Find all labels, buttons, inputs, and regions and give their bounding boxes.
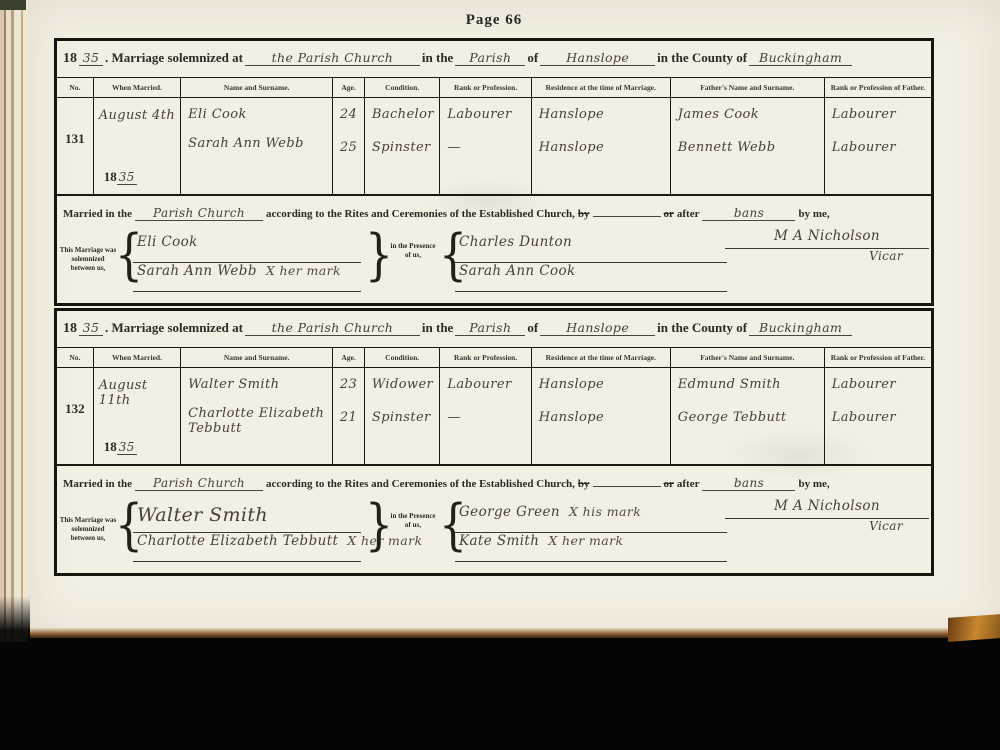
bride-name: Charlotte Elizabeth Tebbutt (188, 406, 329, 436)
in-the-label: in the (422, 320, 453, 336)
bride-residence: Hanslope (539, 410, 667, 425)
column-headers: No. When Married. Name and Surname. Age.… (57, 348, 931, 368)
county-name: Buckingham (749, 50, 852, 66)
county-label: in the County of (657, 320, 747, 336)
groom-father-rank: Labourer (832, 377, 928, 392)
officiant-title: Vicar (725, 249, 929, 263)
page-number: Page 66 (54, 12, 934, 29)
married-in-place: Parish Church (135, 206, 263, 221)
officiant-block: M A Nicholson Vicar (725, 228, 929, 263)
record-header: 18 35 . Marriage solemnized at the Paris… (57, 311, 931, 348)
solemnized-label: . Marriage solemnized at (105, 50, 243, 66)
bride-father: George Tebbutt (678, 410, 821, 425)
solemnized-place: the Parish Church (245, 50, 420, 66)
by-blank (593, 486, 661, 487)
bride-signature-line: Sarah Ann WebbX her mark (133, 263, 361, 292)
bride-condition: Spinster (372, 140, 436, 155)
witness2-signature-line: Kate SmithX her mark (455, 533, 727, 562)
col-condition: Condition. (365, 348, 440, 367)
groom-residence: Hanslope (539, 107, 667, 122)
book-gold-corner (948, 614, 1000, 642)
year-printed: 18 (63, 321, 77, 337)
col-rank: Rank or Profession. (440, 348, 531, 367)
col-no: No. (57, 348, 94, 367)
bride-residence: Hanslope (539, 140, 667, 155)
county-label: in the County of (657, 50, 747, 66)
groom-father: James Cook (678, 107, 821, 122)
bride-condition: Spinster (372, 410, 436, 425)
groom-father-rank: Labourer (832, 107, 928, 122)
marriage-year: 1835 (104, 169, 137, 185)
according-label: according to the Rites and Ceremonies of… (266, 478, 575, 490)
record-header: 18 35 . Marriage solemnized at the Paris… (57, 41, 931, 78)
signature-area: This Marriage was solemnized between us,… (57, 230, 931, 302)
groom-residence: Hanslope (539, 377, 667, 392)
rank-cell: Labourer — (440, 98, 531, 194)
witness1-signature-line: Charles Dunton (455, 234, 727, 263)
groom-father: Edmund Smith (678, 377, 821, 392)
col-condition: Condition. (365, 78, 440, 97)
bride-father-rank: Labourer (832, 410, 928, 425)
parish-name: Hanslope (540, 320, 655, 336)
after-word: after (677, 208, 700, 220)
groom-age: 24 (333, 107, 364, 122)
table-row: 131 August 4th 1835 Eli Cook Sarah Ann W… (57, 98, 931, 196)
marriage-date: August 4th (99, 108, 178, 123)
condition-cell: Widower Spinster (365, 368, 440, 464)
bride-father: Bennett Webb (678, 140, 821, 155)
record-number: 132 (57, 368, 94, 464)
by-blank (593, 216, 661, 217)
groom-signature-line: Walter Smith (133, 504, 361, 533)
groom-name: Walter Smith (188, 377, 329, 392)
marriage-year: 1835 (104, 439, 137, 455)
witness-signatures: Charles Dunton Sarah Ann Cook (455, 234, 727, 292)
groom-name: Eli Cook (188, 107, 329, 122)
year-printed: 18 (63, 51, 77, 67)
by-me-label: by me, (798, 208, 829, 220)
or-word: or (664, 478, 674, 490)
married-in-line: Married in the Parish Church according t… (57, 196, 931, 230)
groom-age: 23 (333, 377, 364, 392)
officiant-block: M A Nicholson Vicar (725, 498, 929, 533)
groom-condition: Widower (372, 377, 436, 392)
officiant-title: Vicar (725, 519, 929, 533)
bride-rank: — (447, 140, 527, 155)
marriage-record-131: 18 35 . Marriage solemnized at the Paris… (54, 38, 934, 306)
married-in-place: Parish Church (135, 476, 263, 491)
couple-signatures: Eli Cook Sarah Ann WebbX her mark (133, 234, 361, 292)
father-rank-cell: Labourer Labourer (825, 368, 931, 464)
father-rank-cell: Labourer Labourer (825, 98, 931, 194)
witness-signatures: George GreenX his mark Kate SmithX her m… (455, 504, 727, 562)
groom-condition: Bachelor (372, 107, 436, 122)
col-name-surname: Name and Surname. (181, 348, 333, 367)
witness2-signature-line: Sarah Ann Cook (455, 263, 727, 292)
col-no: No. (57, 78, 94, 97)
book-page-edges (0, 0, 28, 642)
couple-signatures: Walter Smith Charlotte Elizabeth Tebbutt… (133, 504, 361, 562)
record-number: 131 (57, 98, 94, 194)
col-age: Age. (333, 78, 365, 97)
after-word: after (677, 478, 700, 490)
col-father-rank: Rank or Profession of Father. (825, 78, 931, 97)
signature-area: This Marriage was solemnized between us,… (57, 500, 931, 572)
father-cell: James Cook Bennett Webb (671, 98, 825, 194)
when-married-cell: August 4th 1835 (94, 98, 181, 194)
groom-rank: Labourer (447, 107, 527, 122)
bride-age: 21 (333, 410, 364, 425)
presence-label: in the Presence of us, (387, 512, 439, 530)
col-father: Father's Name and Surname. (671, 78, 825, 97)
of-label: of (527, 50, 538, 66)
solemnized-place: the Parish Church (245, 320, 420, 336)
this-marriage-label: This Marriage was solemnized between us, (59, 516, 117, 542)
county-name: Buckingham (749, 320, 852, 336)
by-word: by (578, 208, 590, 220)
table-row: 132 August 11th 1835 Walter Smith Charlo… (57, 368, 931, 466)
by-word: by (578, 478, 590, 490)
officiant-signature: M A Nicholson (725, 228, 929, 249)
parish-word: Parish (455, 50, 525, 66)
ages-cell: 24 25 (333, 98, 365, 194)
bride-father-rank: Labourer (832, 140, 928, 155)
col-rank: Rank or Profession. (440, 78, 531, 97)
or-word: or (664, 208, 674, 220)
of-label: of (527, 320, 538, 336)
father-cell: Edmund Smith George Tebbutt (671, 368, 825, 464)
column-headers: No. When Married. Name and Surname. Age.… (57, 78, 931, 98)
ages-cell: 23 21 (333, 368, 365, 464)
married-in-label: Married in the (63, 478, 132, 490)
residence-cell: Hanslope Hanslope (532, 98, 671, 194)
solemnized-label: . Marriage solemnized at (105, 320, 243, 336)
groom-rank: Labourer (447, 377, 527, 392)
page-bottom-edge (28, 628, 992, 638)
married-in-line: Married in the Parish Church according t… (57, 466, 931, 500)
this-marriage-label: This Marriage was solemnized between us, (59, 246, 117, 272)
year-handwritten: 35 (79, 320, 103, 336)
in-the-label: in the (422, 50, 453, 66)
presence-label: in the Presence of us, (387, 242, 439, 260)
bride-age: 25 (333, 140, 364, 155)
parish-name: Hanslope (540, 50, 655, 66)
col-residence: Residence at the time of Marriage. (532, 348, 671, 367)
bride-rank: — (447, 410, 527, 425)
according-label: according to the Rites and Ceremonies of… (266, 208, 575, 220)
col-father: Father's Name and Surname. (671, 348, 825, 367)
groom-signature-line: Eli Cook (133, 234, 361, 263)
banns-entry: bans (702, 476, 795, 491)
edge-shadow (0, 596, 30, 642)
col-name-surname: Name and Surname. (181, 78, 333, 97)
banns-entry: bans (702, 206, 795, 221)
names-cell: Walter Smith Charlotte Elizabeth Tebbutt (181, 368, 333, 464)
col-father-rank: Rank or Profession of Father. (825, 348, 931, 367)
marriage-date: August 11th (99, 378, 178, 408)
condition-cell: Bachelor Spinster (365, 98, 440, 194)
officiant-signature: M A Nicholson (725, 498, 929, 519)
rank-cell: Labourer — (440, 368, 531, 464)
by-me-label: by me, (798, 478, 829, 490)
book-scan: Page 66 18 35 . Marriage solemnized at t… (0, 0, 1000, 750)
names-cell: Eli Cook Sarah Ann Webb (181, 98, 333, 194)
bride-name: Sarah Ann Webb (188, 136, 329, 151)
col-age: Age. (333, 348, 365, 367)
marriage-record-132: 18 35 . Marriage solemnized at the Paris… (54, 308, 934, 576)
when-married-cell: August 11th 1835 (94, 368, 181, 464)
book-cover-edge (0, 0, 26, 10)
witness1-signature-line: George GreenX his mark (455, 504, 727, 533)
col-residence: Residence at the time of Marriage. (532, 78, 671, 97)
col-when-married: When Married. (94, 348, 181, 367)
bride-signature-line: Charlotte Elizabeth TebbuttX her mark (133, 533, 361, 562)
residence-cell: Hanslope Hanslope (532, 368, 671, 464)
married-in-label: Married in the (63, 208, 132, 220)
year-handwritten: 35 (79, 50, 103, 66)
col-when-married: When Married. (94, 78, 181, 97)
parish-word: Parish (455, 320, 525, 336)
